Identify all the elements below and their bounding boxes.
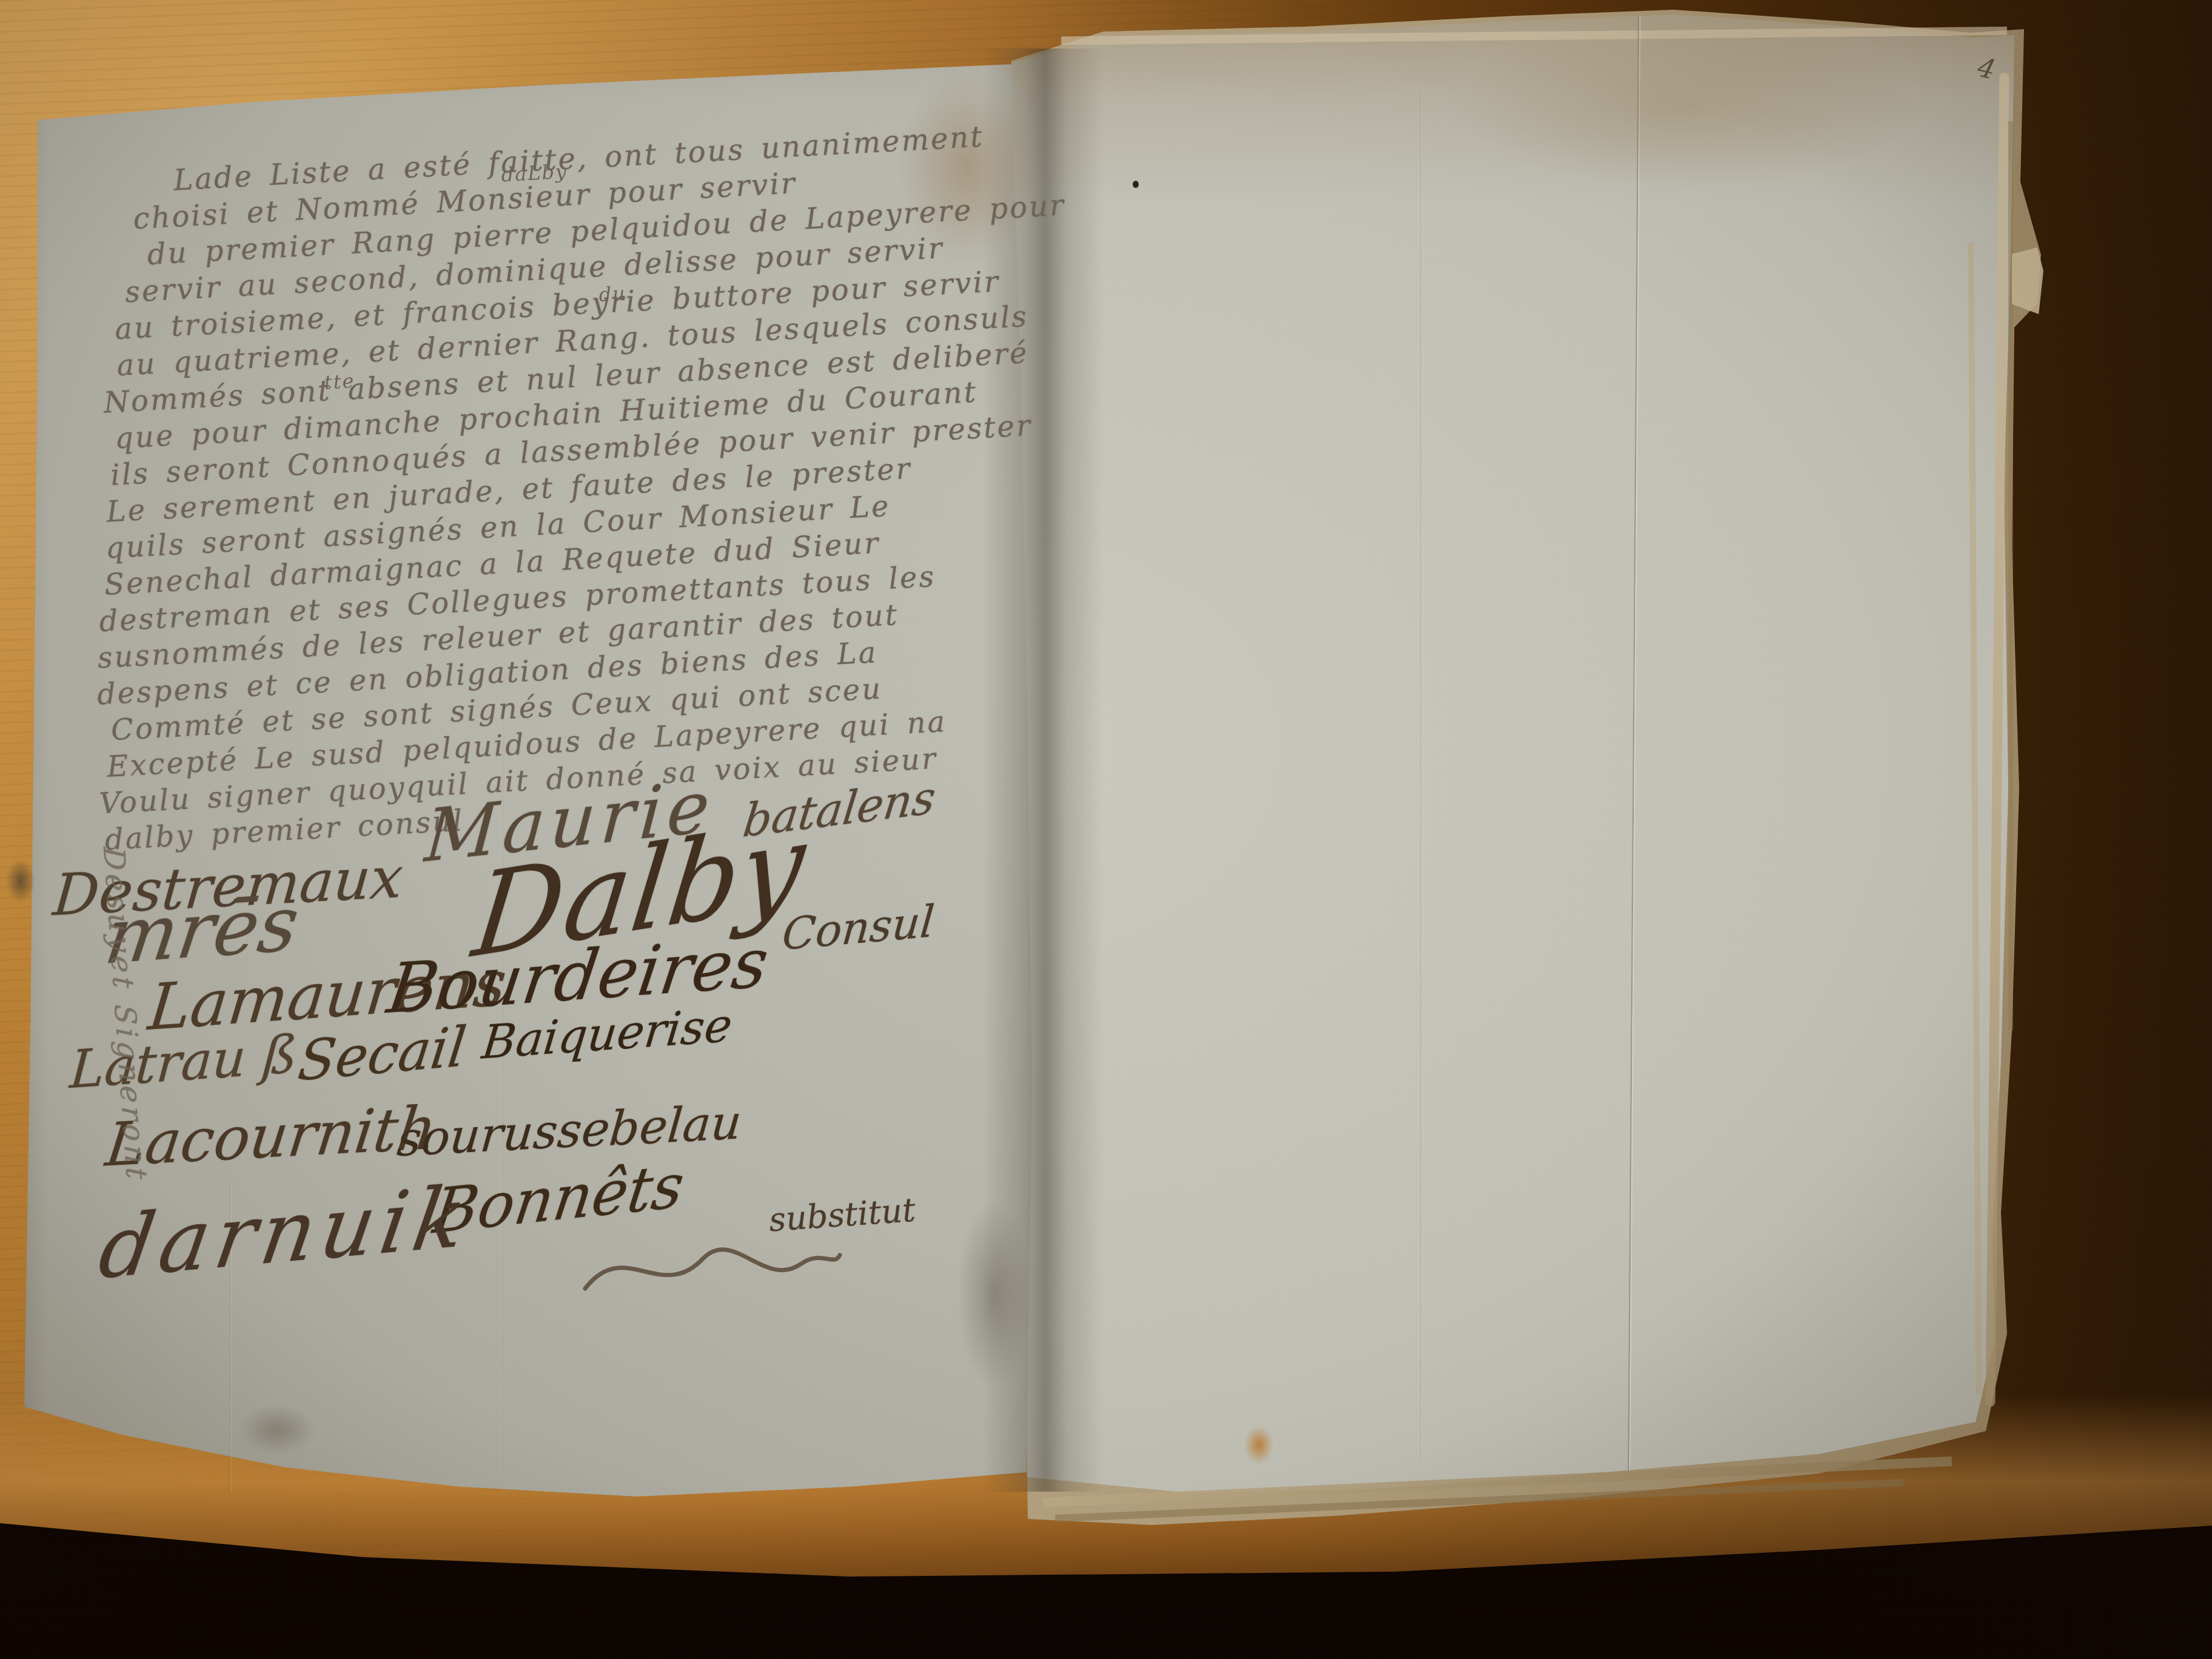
interlinear-insertion: daLby [501, 162, 568, 185]
orange-stain [1244, 1426, 1273, 1464]
photo-manuscript-on-table: 4 Lade Liste a esté faitte, ont tous una… [0, 0, 2212, 1659]
interlinear-insertion: du [598, 284, 627, 304]
signature-belau: belau [607, 1095, 743, 1157]
bottom-gray-stain [238, 1404, 317, 1455]
gutter-bottom-smudge [958, 1201, 1031, 1389]
right-page-top-stain [1455, 18, 1916, 188]
signature-flourish [582, 1231, 843, 1310]
interlinear-insertion: tte [324, 371, 355, 392]
wormhole-dot [1133, 181, 1139, 188]
left-edge-ink-blot [6, 860, 35, 902]
right-page-faint-crease [1420, 91, 1423, 1461]
protruding-sheet-corner [2012, 247, 2043, 314]
manuscript-text-block: Lade Liste a esté faitte, ont tous unani… [58, 118, 1039, 859]
signature-sourusse: sourusse [395, 1102, 612, 1168]
